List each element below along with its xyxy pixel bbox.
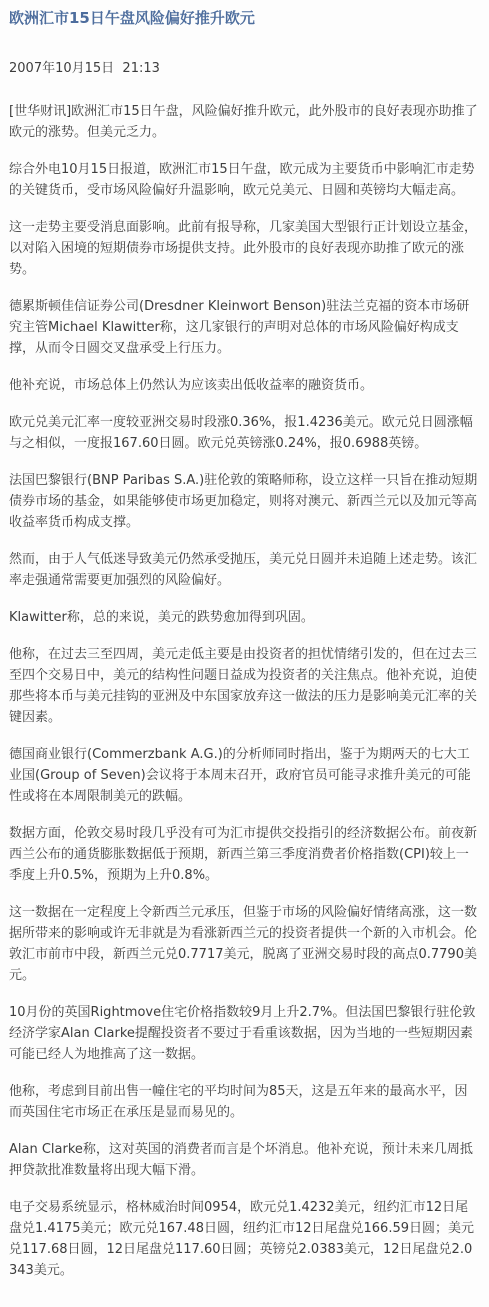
article-paragraph: Alan Clarke称，这对英国的消费者而言是个坏消息。他补充说，预计未来几周…: [9, 1139, 480, 1181]
article-paragraph: 10月份的英国Rightmove住宅价格指数较9月上升2.7%。但法国巴黎银行驻…: [9, 1002, 480, 1065]
article-paragraph: 德国商业银行(Commerzbank A.G.)的分析师同时指出，鉴于为期两天的…: [9, 744, 480, 807]
article-paragraph: Klawitter称，总的来说，美元的跌势愈加得到巩固。: [9, 607, 480, 628]
article-paragraph: 德累斯顿佳信证券公司(Dresdner Kleinwort Benson)驻法兰…: [9, 296, 480, 359]
article-paragraph: 然而，由于人气低迷导致美元仍然承受抛压，美元兑日圆并未追随上述走势。该汇率走强通…: [9, 549, 480, 591]
article-paragraph: 这一走势主要受消息面影响。此前有报导称，几家美国大型银行正计划设立基金，以对陷入…: [9, 217, 480, 280]
article-paragraph: 他补充说，市场总体上仍然认为应该卖出低收益率的融资货币。: [9, 375, 480, 396]
article-paragraph: 数据方面，伦敦交易时段几乎没有可为汇市提供交投指引的经济数据公布。前夜新西兰公布…: [9, 823, 480, 886]
article-body: [世华财讯]欧洲汇市15日午盘，风险偏好推升欧元，此外股市的良好表现亦助推了欧元…: [9, 101, 480, 1281]
article-paragraph: 法国巴黎银行(BNP Paribas S.A.)驻伦敦的策略师称，设立这样一只旨…: [9, 470, 480, 533]
article-datetime: 2007年10月15日 21:13: [9, 60, 480, 78]
article-paragraph: 电子交易系统显示，格林威治时间0954，欧元兑1.4232美元，纽约汇市12日尾…: [9, 1197, 480, 1281]
article-title: 欧洲汇市15日午盘风险偏好推升欧元: [9, 8, 480, 28]
article-page: { "colors": { "title": "#4d6d9d", "body_…: [0, 0, 489, 1307]
article-paragraph: 他称，考虑到目前出售一幢住宅的平均时间为85天，这是五年来的最高水平，因而英国住…: [9, 1081, 480, 1123]
article-paragraph: 他称，在过去三至四周，美元走低主要是由投资者的担忧情绪引发的，但在过去三至四个交…: [9, 644, 480, 728]
article-paragraph: 欧元兑美元汇率一度较亚洲交易时段涨0.36%，报1.4236美元。欧元兑日圆涨幅…: [9, 412, 480, 454]
article-paragraph: [世华财讯]欧洲汇市15日午盘，风险偏好推升欧元，此外股市的良好表现亦助推了欧元…: [9, 101, 480, 143]
article-paragraph: 综合外电10月15日报道，欧洲汇市15日午盘，欧元成为主要货币中影响汇市走势的关…: [9, 159, 480, 201]
article-paragraph: 这一数据在一定程度上令新西兰元承压，但鉴于市场的风险偏好情绪高涨，这一数据所带来…: [9, 902, 480, 986]
